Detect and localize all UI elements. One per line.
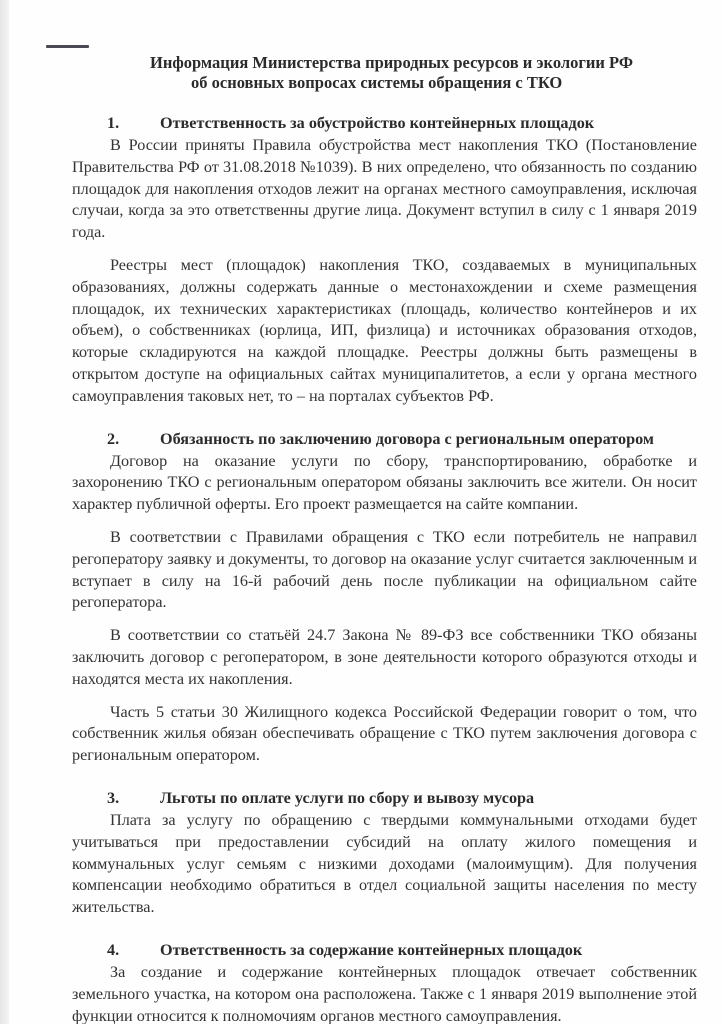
paragraph: В России приняты Правила обустройства ме…: [72, 135, 697, 244]
section-title: Ответственность за содержание контейнерн…: [160, 940, 582, 962]
paragraph: В соответствии с Правилами обращения с Т…: [72, 527, 697, 614]
section-heading: 3. Льготы по оплате услуги по сбору и вы…: [72, 788, 697, 810]
scan-mark-line: [46, 45, 89, 48]
document-body: 1. Ответственность за обустройство конте…: [72, 113, 697, 1024]
section-heading: 4. Ответственность за содержание контейн…: [72, 940, 697, 962]
paragraph: Договор на оказание услуги по сбору, тра…: [72, 451, 697, 516]
section-number: 3.: [107, 788, 119, 810]
scan-left-edge: [0, 0, 9, 1024]
paragraph: За создание и содержание контейнерных пл…: [72, 962, 697, 1024]
section-1: 1. Ответственность за обустройство конте…: [72, 113, 697, 408]
section-number: 1.: [107, 113, 119, 135]
paragraph: Реестры мест (площадок) накопления ТКО, …: [72, 255, 697, 408]
section-heading: 2. Обязанность по заключению договора с …: [72, 429, 697, 451]
section-3: 3. Льготы по оплате услуги по сбору и вы…: [72, 788, 697, 919]
section-title: Льготы по оплате услуги по сбору и вывоз…: [160, 788, 534, 810]
paragraph: Часть 5 статьи 30 Жилищного кодекса Росс…: [72, 702, 697, 767]
section-4: 4. Ответственность за содержание контейн…: [72, 940, 697, 1024]
title-line-1: Информация Министерства природных ресурс…: [150, 52, 633, 74]
scanned-page: Информация Министерства природных ресурс…: [0, 0, 724, 1024]
title-line-2: об основных вопросах системы обращения с…: [191, 72, 562, 94]
section-title: Обязанность по заключению договора с рег…: [160, 429, 654, 451]
paragraph: Плата за услугу по обращению с твердыми …: [72, 810, 697, 919]
section-number: 4.: [107, 940, 119, 962]
paragraph: В соответствии со статьёй 24.7 Закона № …: [72, 625, 697, 690]
section-2: 2. Обязанность по заключению договора с …: [72, 429, 697, 767]
section-number: 2.: [107, 429, 119, 451]
section-heading: 1. Ответственность за обустройство конте…: [72, 113, 697, 135]
section-title: Ответственность за обустройство контейне…: [160, 113, 594, 135]
